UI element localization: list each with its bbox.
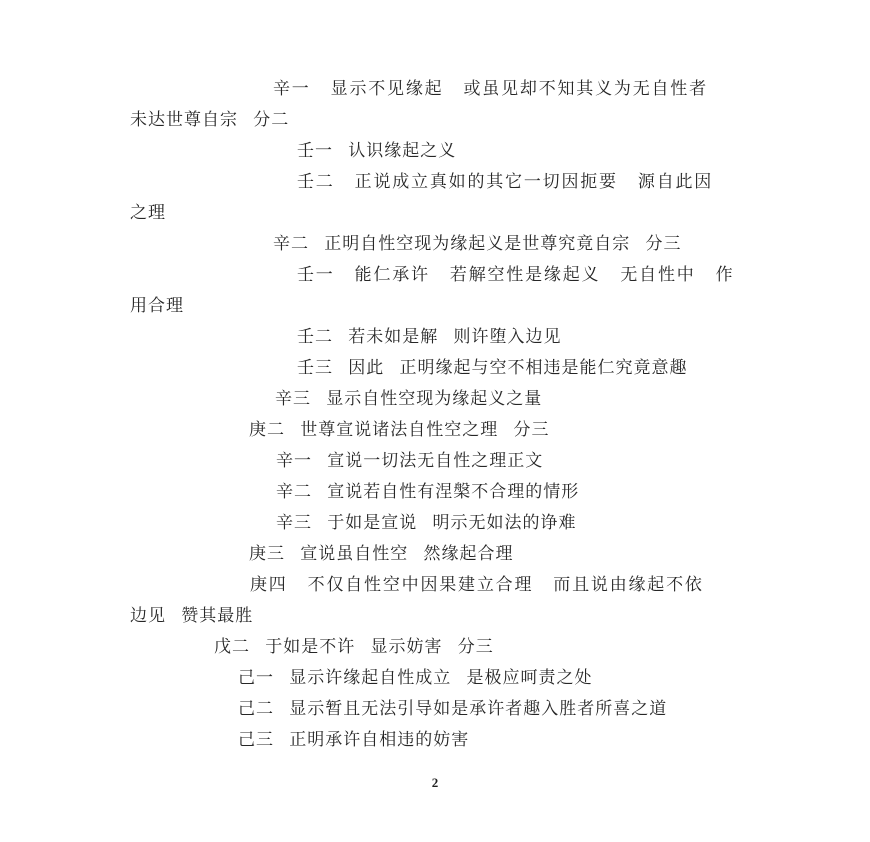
outline-line: 庚三 宣说虽自性空 然缘起合理 bbox=[249, 545, 514, 563]
outline-line: 辛一 宣说一切法无自性之理正文 bbox=[276, 452, 543, 470]
outline-line: 壬一 认识缘起之义 bbox=[297, 142, 456, 160]
outline-line-continuation: 之理 bbox=[130, 204, 166, 222]
outline-line: 壬二 正说成立真如的其它一切因扼要 源自此因 bbox=[297, 173, 713, 191]
outline-line: 戊二 于如是不许 显示妨害 分三 bbox=[214, 638, 494, 656]
outline-line: 己三 正明承许自相违的妨害 bbox=[238, 731, 469, 749]
outline-line: 庚四 不仅自性空中因果建立合理 而且说由缘起不依 bbox=[250, 576, 704, 594]
page-number: 2 bbox=[422, 775, 448, 791]
outline-line: 己二 显示暂且无法引导如是承许者趣入胜者所喜之道 bbox=[238, 700, 667, 718]
outline-line-continuation: 未达世尊自宗 分二 bbox=[130, 111, 289, 129]
outline-line: 辛二 正明自性空现为缘起义是世尊究竟自宗 分三 bbox=[273, 235, 682, 253]
outline-line: 壬三 因此 正明缘起与空不相违是能仁究竟意趣 bbox=[297, 359, 688, 377]
outline-line-continuation: 边见 赞其最胜 bbox=[130, 607, 253, 625]
outline-line: 庚二 世尊宣说诸法自性空之理 分三 bbox=[249, 421, 550, 439]
outline-line: 壬二 若未如是解 则许堕入边见 bbox=[297, 328, 562, 346]
outline-line: 辛二 宣说若自性有涅槃不合理的情形 bbox=[276, 483, 579, 501]
outline-line: 己一 显示许缘起自性成立 是极应呵责之处 bbox=[238, 669, 593, 687]
outline-line: 壬一 能仁承许 若解空性是缘起义 无自性中 作 bbox=[297, 266, 734, 284]
outline-line-continuation: 用合理 bbox=[130, 297, 184, 315]
outline-line: 辛一 显示不见缘起 或虽见却不知其义为无自性者 bbox=[273, 80, 708, 98]
document-page: 辛一 显示不见缘起 或虽见却不知其义为无自性者 未达世尊自宗 分二 壬一 认识缘… bbox=[0, 0, 870, 842]
outline-line: 辛三 显示自性空现为缘起义之量 bbox=[275, 390, 542, 408]
outline-line: 辛三 于如是宣说 明示无如法的诤难 bbox=[276, 514, 577, 532]
